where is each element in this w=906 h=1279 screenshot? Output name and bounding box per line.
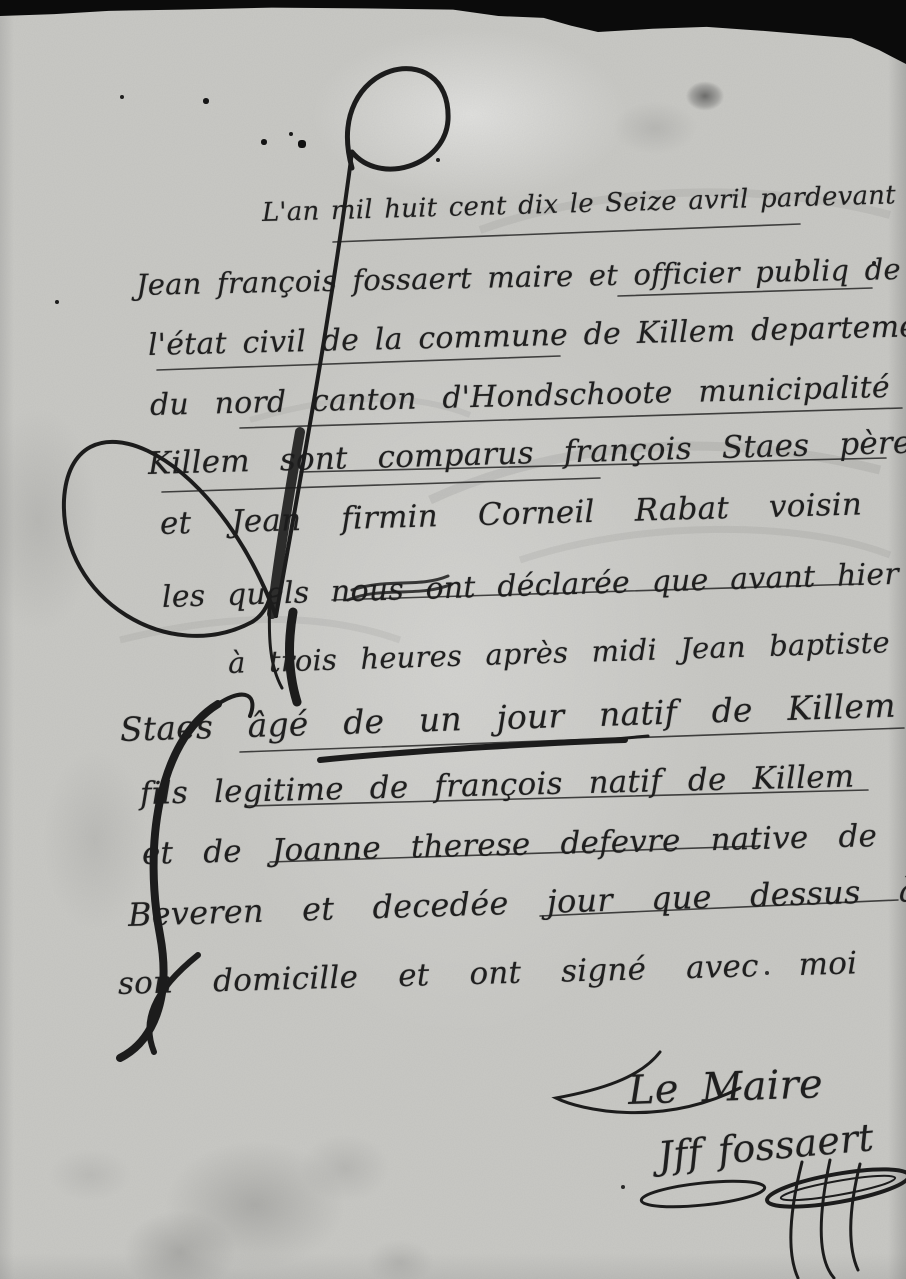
handwritten-line-3: l'état civil de la commune de Killem dep… [148,308,906,363]
handwritten-line-6: et Jean firmin Corneil Rabat voisin [159,486,862,542]
signature: Jff fossaert [656,1115,875,1178]
ghost-stroke [520,529,890,560]
ink-specks [0,0,2,2]
scanned-document-page: L'an mil huit cent dix le Seize avril pa… [0,0,906,1279]
handwritten-line-12: Beveren et decedée jour que dessus à [127,871,906,934]
handwritten-line-7: les quels nous ont déclarée que avant hi… [161,557,899,615]
handwritten-line-8: à trois heures après midi Jean baptiste [227,625,890,680]
closing-title: Le Maire [627,1061,823,1114]
scan-edge-top [0,0,906,64]
ghost-stroke [120,619,400,640]
handwritten-line-9: Staes âgé de un jour natif de Killem [119,686,896,749]
handwritten-line-5: Killem sont comparus françois Staes père [147,425,906,482]
margin-swash [120,695,252,1058]
signature-flourish [640,1160,906,1278]
handwritten-line-11: et de Joanne therese defevre native de [142,818,878,872]
handwritten-line-2: Jean françois fossaert maire et officier… [136,252,901,302]
handwritten-line-4: du nord canton d'Hondschoote municipalit… [150,368,906,423]
handwritten-line-10: fils legitime de françois natif de Kille… [140,759,855,812]
handwritten-line-13: son domicille et ont signé avec moi [117,945,857,1002]
handwritten-line-1: L'an mil huit cent dix le Seize avril pa… [262,178,906,228]
